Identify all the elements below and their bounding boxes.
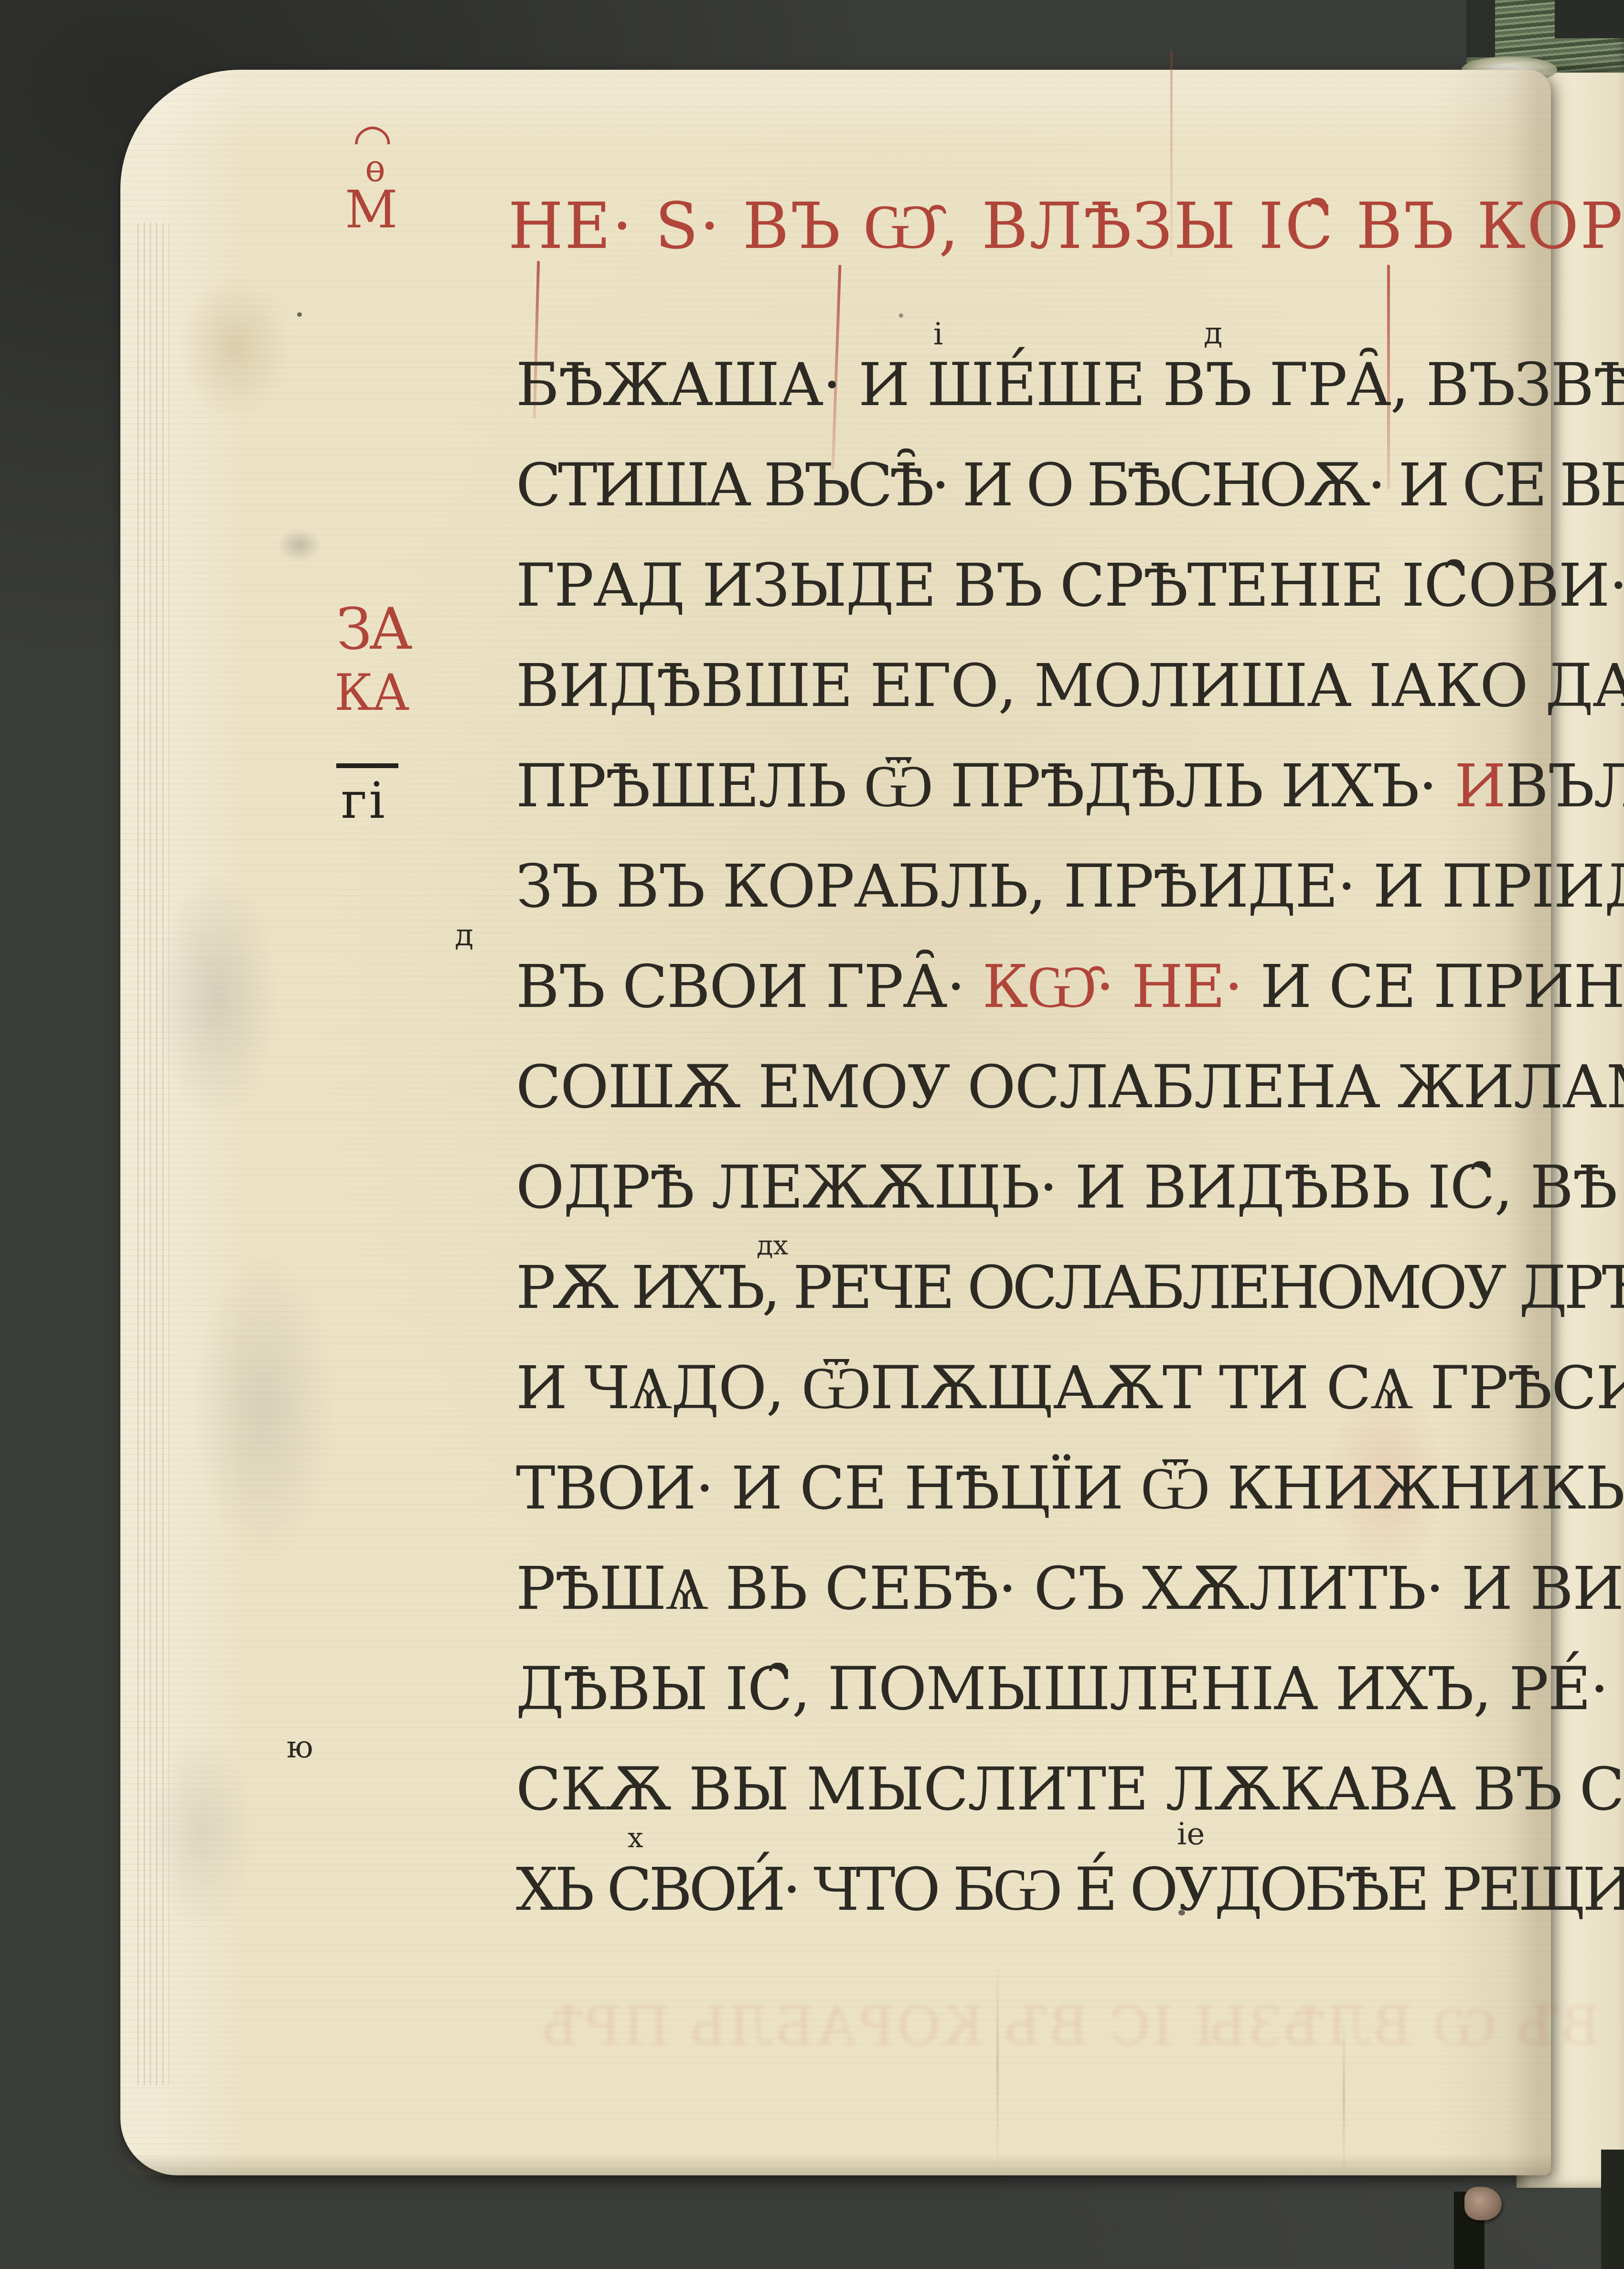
bottom-edge-shade [120, 2153, 1551, 2175]
text-line: СОШѪ ЕМОУ ОСЛАБЛЕНА ЖИЛАМИ НА [516, 1058, 1624, 1117]
superscript-letter: і [933, 319, 943, 350]
red-ink-drip [1170, 51, 1173, 256]
red-ink-offset-smear: НЕ Ѕ ВЪ Ѡ ВЛѢЗЫ ІС ВЪ КОРАБЛЬ ПРѢ [541, 2000, 1624, 2053]
red-initial: И [1454, 752, 1505, 821]
text-segment: ПРѢШЕЛЬ Ѿ ПРѢДѢЛЬ ИХЪ· [516, 752, 1454, 821]
ink-speck [297, 312, 302, 317]
deckle-edge-lines [138, 223, 169, 2086]
chapter-number: гі [341, 776, 387, 825]
text-line: ВЪ СВОИ ГРА̑· КѠ̑· НЕ· И СЕ ПРИНЕ [516, 957, 1624, 1017]
text-segment: И СЕ ПРИНЕ [1260, 953, 1624, 1021]
text-line: ВИДѢВШЕ ЕГО, МОЛИША ІАКО ДА БИ [516, 656, 1624, 716]
text-line: ДѢВЫ ІС̑, ПОМЫШЛЕНІА ИХЪ, РЕ́· ВЪ [516, 1659, 1624, 1719]
text-line: БѢЖАША· И ШЕ́ШЕ ВЪ ГРА̑, ВЪЗВѢ [516, 355, 1624, 415]
stain [192, 1254, 335, 1560]
board-edge-right [1601, 2150, 1624, 2269]
manuscript-page: НЕ· Ѕ· ВЪ Ѡ̑, ВЛѢЗЫ ІС̑ ВЪ КОРАБЛЬ, ПРѢ … [120, 70, 1551, 2175]
superscript-letter: д [1204, 318, 1222, 349]
text-line: ХЬ СВОИ́· ЧТО БѠ Е́ ОУДОБѢЕ РЕЩИ Ѡ [516, 1860, 1624, 1919]
text-line: ПРѢШЕЛЬ Ѿ ПРѢДѢЛЬ ИХЪ· ИВЪЛѢ [516, 757, 1624, 816]
rubric-inline-note: КѠ̑· НЕ· [983, 953, 1261, 1021]
binding-shadow-left [1466, 0, 1495, 57]
stain [154, 872, 278, 1121]
superscript-letter: д [455, 920, 473, 951]
text-line: ГРАД ИЗЫДЕ ВЪ СРѢТЕНІЕ ІС̑ОВИ· И [516, 556, 1624, 615]
text-line: РѢШѦ ВЬ СЕБѢ· СЪ ХѪЛИТЬ· И ВИ [516, 1559, 1623, 1618]
superscript-letter: іе [1177, 1819, 1205, 1850]
text-line: И ЧѦДО, ѾПѪЩАѪТ ТИ СѦ ГРѢСИ [516, 1359, 1624, 1418]
text-line: ТВОИ· И СЕ НѢЦЇИ Ѿ КНИЖНИКЬ, [516, 1459, 1624, 1518]
paper-crease [997, 1961, 998, 2167]
text-line: РѪ ИХЪ, РЕЧЕ ОСЛАБЛЕНОМОУ ДРЪЗА [516, 1258, 1624, 1317]
text-line: СКѪ ВЫ МЫСЛИТЕ ЛѪКАВА ВЪ СР́ЦИ [516, 1760, 1624, 1819]
binding-shadow-right [1555, 0, 1624, 38]
titlo-overline [336, 763, 398, 768]
stain [278, 528, 321, 562]
text-line: ОДРѢ ЛЕЖѪЩЬ· И ВИДѢВЬ ІС̑, ВѢ [516, 1158, 1617, 1217]
evangelist-mark-letter: М [345, 184, 398, 236]
superscript-letter: дх [757, 1232, 788, 1259]
superscript-letter: х [628, 1824, 643, 1852]
text-line: ЗЪ ВЪ КОРАБЛЬ, ПРѢИДЕ· И ПРІИДЕ [516, 857, 1624, 916]
foxing-spot [178, 275, 292, 418]
text-segment: ВЪЛѢ [1505, 752, 1624, 821]
text-segment: ВЪ СВОИ ГРА̑· [516, 953, 983, 1021]
sewing-thread-tassel [1464, 2187, 1502, 2220]
text-line: СТИША ВЪСѢ̑· И О БѢСНОѪ· И СЕ ВЕСЬ [516, 456, 1624, 515]
rubric-heading: НЕ· Ѕ· ВЪ Ѡ̑, ВЛѢЗЫ ІС̑ ВЪ КОРАБЛЬ, ПРѢ [508, 195, 1624, 258]
pericope-mark-line2: КА [334, 668, 408, 717]
superscript-letter: ю [287, 1732, 313, 1763]
ink-speck [899, 313, 903, 318]
pericope-mark-line1: ЗА [336, 601, 410, 658]
manuscript-photograph: НЕ· Ѕ· ВЪ Ѡ̑, ВЛѢЗЫ ІС̑ ВЪ КОРАБЛЬ, ПРѢ … [0, 0, 1624, 2269]
